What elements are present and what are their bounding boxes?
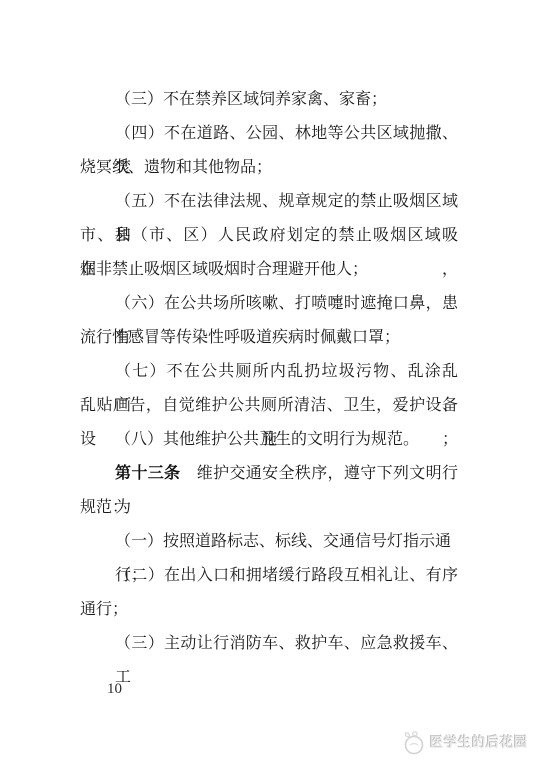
text-line-traffic-item-2-1: 通行； xyxy=(80,593,458,627)
text-line-traffic-item-3-0: （三）主动让行消防车、救护车、应急救援车、工 xyxy=(80,627,458,661)
watermark-text: 医学生的后花园 xyxy=(430,731,528,755)
text-line-hygiene-item-6-1: 流行性感冒等传染性呼吸道疾病时佩戴口罩； xyxy=(80,321,458,355)
page-number: 10 xyxy=(107,680,122,698)
article-heading: 第十三条 xyxy=(115,465,180,482)
text-line-hygiene-item-5-0: （五）不在法律法规、规章规定的禁止吸烟区域和 xyxy=(80,185,458,219)
watermark: 医学生的后花园 xyxy=(401,730,528,756)
text-line-hygiene-item-7-1: 乱贴广告，自觉维护公共厕所清洁、卫生，爱护设备设施； xyxy=(80,389,458,423)
text-line-hygiene-item-4-0: （四）不在道路、公园、林地等公共区域抛撒、焚 xyxy=(80,117,458,151)
text-line-hygiene-item-5-1: 市、县（市、区）人民政府划定的禁止吸烟区域吸烟， xyxy=(80,219,458,253)
text-line-hygiene-item-7-0: （七）不在公共厕所内乱扔垃圾污物、乱涂乱画、 xyxy=(80,355,458,389)
text-line-article-13-0: 第十三条 维护交通安全秩序，遵守下列文明行为 xyxy=(80,457,458,491)
text-line-traffic-item-1-0: （一）按照道路标志、标线、交通信号灯指示通行； xyxy=(80,525,458,559)
text-line-article-13-1: 规范： xyxy=(80,491,458,525)
text-line-hygiene-item-6-0: （六）在公共场所咳嗽、打喷嚏时遮掩口鼻，患有 xyxy=(80,287,458,321)
text-line-traffic-item-2-0: （二）在出入口和拥堵缓行路段互相礼让、有序 xyxy=(80,559,458,593)
garden-logo-icon xyxy=(401,730,425,756)
text-line-hygiene-item-8-0: （八）其他维护公共卫生的文明行为规范。 xyxy=(80,423,458,457)
text-line-hygiene-item-3-0: （三）不在禁养区域饲养家禽、家畜； xyxy=(80,83,458,117)
text-line-hygiene-item-4-1: 烧冥纸、遗物和其他物品； xyxy=(80,151,458,185)
document-page: （三）不在禁养区域饲养家禽、家畜；（四）不在道路、公园、林地等公共区域抛撒、焚烧… xyxy=(0,0,537,765)
document-body: （三）不在禁养区域饲养家禽、家畜；（四）不在道路、公园、林地等公共区域抛撒、焚烧… xyxy=(80,83,458,661)
